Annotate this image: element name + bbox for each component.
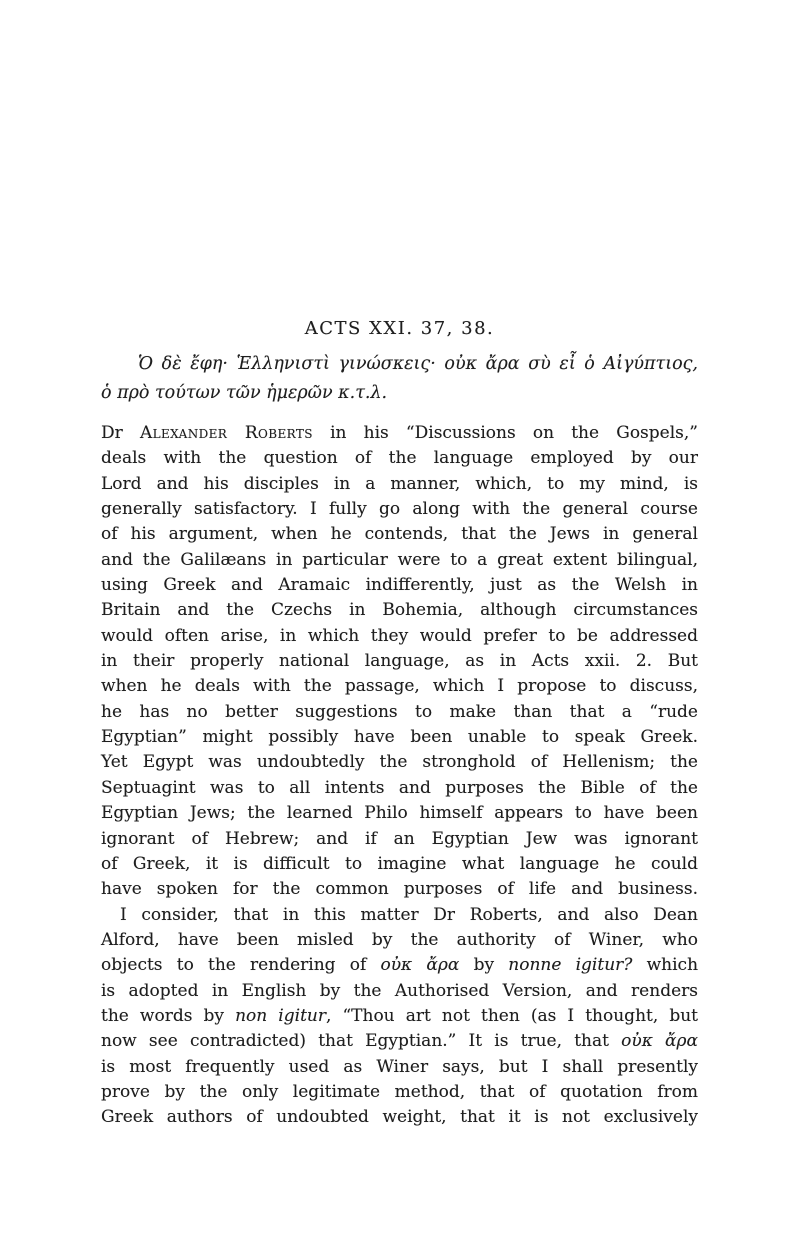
text-line: Britain and the Czechs in Bohemia, altho… [101, 598, 698, 623]
text-run: Ὁ δὲ ἔφη· Ἑλληνιστὶ γινώσκεις· οὐκ ἄρα σ… [138, 354, 698, 374]
text-line: and the Galilæans in particular were to … [101, 548, 698, 573]
text-line: Dr Alexander Roberts in his “Discussions… [101, 421, 698, 446]
text-run: Greek authors of undoubted weight, that … [101, 1107, 698, 1127]
smallcaps-name: Alexander Roberts [140, 423, 313, 443]
text-line: prove by the only legitimate method, tha… [101, 1080, 698, 1105]
text-line: Egyptian” might possibly have been unabl… [101, 725, 698, 750]
text-run: Egyptian Jews; the learned Philo himself… [101, 803, 698, 823]
page-title: ACTS XXI. 37, 38. [101, 318, 698, 339]
text-line: Greek authors of undoubted weight, that … [101, 1105, 698, 1130]
latin-phrase: non igitur [235, 1006, 326, 1026]
text-run: when he deals with the passage, which I … [101, 676, 698, 696]
text-run: he has no better suggestions to make tha… [101, 702, 698, 722]
greek-phrase: οὐκ ἄρα [380, 955, 459, 975]
text-run: ὁ πρὸ τούτων τῶν ἡμερῶν κ.τ.λ. [101, 383, 387, 403]
text-run: Dr [101, 423, 140, 443]
text-line: objects to the rendering of οὐκ ἄρα by n… [101, 953, 698, 978]
text-line: is most frequently used as Winer says, b… [101, 1055, 698, 1080]
text-run: , “Thou art not then (as I thought, but [326, 1006, 698, 1026]
text-run: generally satisfactory. I fully go along… [101, 499, 698, 519]
text-run: have spoken for the common purposes of l… [101, 879, 698, 899]
text-line: Septuagint was to all intents and purpos… [101, 776, 698, 801]
text-line: ignorant of Hebrew; and if an Egyptian J… [101, 827, 698, 852]
text-line: Egyptian Jews; the learned Philo himself… [101, 801, 698, 826]
text-line: using Greek and Aramaic indifferently, j… [101, 573, 698, 598]
text-line: of Greek, it is difficult to imagine wha… [101, 852, 698, 877]
greek-epigraph: Ὁ δὲ ἔφη· Ἑλληνιστὶ γινώσκεις· οὐκ ἄρα σ… [101, 350, 698, 408]
text-line: in their properly national language, as … [101, 649, 698, 674]
text-run: in their properly national language, as … [101, 651, 698, 671]
text-line: Alford, have been misled by the authorit… [101, 928, 698, 953]
text-run: prove by the only legitimate method, tha… [101, 1082, 698, 1102]
text-run: using Greek and Aramaic indifferently, j… [101, 575, 698, 595]
text-run: would often arise, in which they would p… [101, 626, 698, 646]
text-line: have spoken for the common purposes of l… [101, 877, 698, 902]
text-run: is most frequently used as Winer says, b… [101, 1057, 698, 1077]
text-line: is adopted in English by the Authorised … [101, 979, 698, 1004]
text-run: Egyptian” might possibly have been unabl… [101, 727, 698, 747]
text-run: now see contradicted) that Egyptian.” It… [101, 1031, 621, 1051]
text-run: and the Galilæans in particular were to … [101, 550, 698, 570]
text-line: ὁ πρὸ τούτων τῶν ἡμερῶν κ.τ.λ. [101, 379, 698, 408]
text-run: Lord and his disciples in a manner, whic… [101, 474, 698, 494]
greek-phrase: οὐκ ἄρα [621, 1031, 698, 1051]
text-line: would often arise, in which they would p… [101, 624, 698, 649]
text-line: of his argument, when he contends, that … [101, 522, 698, 547]
text-line: I consider, that in this matter Dr Rober… [101, 903, 698, 928]
text-run: Yet Egypt was undoubtedly the stronghold… [101, 752, 698, 772]
scanned-book-page: ACTS XXI. 37, 38. Ὁ δὲ ἔφη· Ἑλληνιστὶ γι… [0, 0, 800, 1237]
text-line: the words by non igitur, “Thou art not t… [101, 1004, 698, 1029]
text-run: the words by [101, 1006, 235, 1026]
text-line: when he deals with the passage, which I … [101, 674, 698, 699]
text-run: Britain and the Czechs in Bohemia, altho… [101, 600, 698, 620]
text-run: is adopted in English by the Authorised … [101, 981, 698, 1001]
text-run: Alford, have been misled by the authorit… [101, 930, 698, 950]
text-line: deals with the question of the language … [101, 446, 698, 471]
text-line: generally satisfactory. I fully go along… [101, 497, 698, 522]
text-line: now see contradicted) that Egyptian.” It… [101, 1029, 698, 1054]
text-run: in his “Discussions on the Gospels,” [313, 423, 698, 443]
text-run: which [632, 955, 698, 975]
text-line: Yet Egypt was undoubtedly the stronghold… [101, 750, 698, 775]
text-run: of his argument, when he contends, that … [101, 524, 698, 544]
text-line: Ὁ δὲ ἔφη· Ἑλληνιστὶ γινώσκεις· οὐκ ἄρα σ… [101, 350, 698, 379]
body-text: Dr Alexander Roberts in his “Discussions… [101, 421, 698, 1131]
text-run: by [459, 955, 508, 975]
text-run: I consider, that in this matter Dr Rober… [120, 905, 698, 925]
text-line: he has no better suggestions to make tha… [101, 700, 698, 725]
latin-phrase: nonne igitur? [508, 955, 632, 975]
text-run: Septuagint was to all intents and purpos… [101, 778, 698, 798]
text-run: objects to the rendering of [101, 955, 380, 975]
text-run: ignorant of Hebrew; and if an Egyptian J… [101, 829, 698, 849]
text-run: deals with the question of the language … [101, 448, 698, 468]
text-line: Lord and his disciples in a manner, whic… [101, 472, 698, 497]
text-run: of Greek, it is difficult to imagine wha… [101, 854, 698, 874]
